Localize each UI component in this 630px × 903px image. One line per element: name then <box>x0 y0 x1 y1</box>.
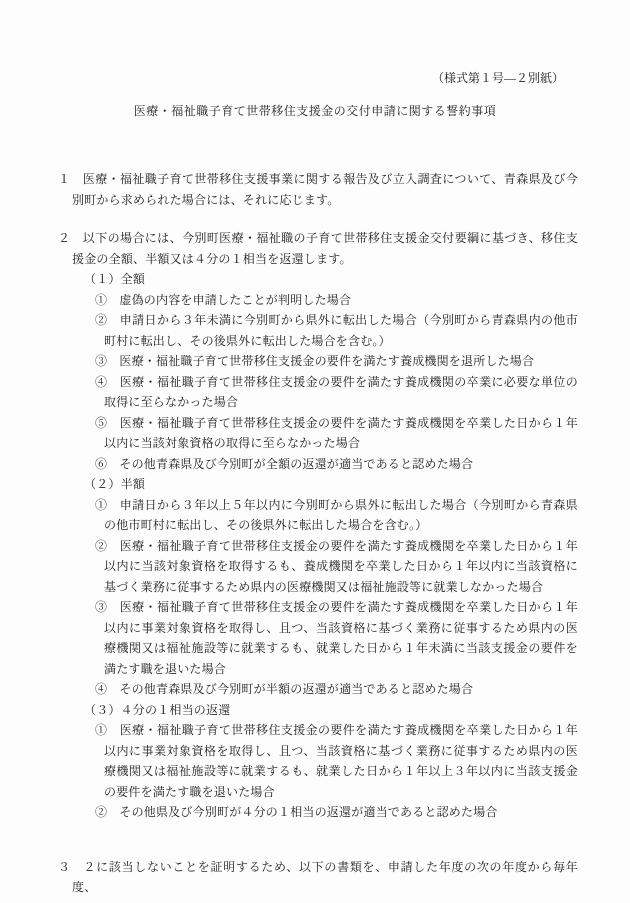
paragraph: ３ ２に該当しないことを証明するため、以下の書類を、申請した年度の次の年度から毎… <box>72 857 578 898</box>
page-title: 医療・福祉職子育て世帯移住支援金の交付申請に関する誓約事項 <box>0 101 630 121</box>
paragraph: ① 申請日から３年以上５年以内に今別町から県外に転出した場合（今別町から青森県の… <box>104 495 578 536</box>
paragraph: ① 医療・福祉職子育て世帯移住支援金の要件を満たす養成機関を卒業した日から１年以… <box>104 720 578 802</box>
paragraph: ④ 医療・福祉職子育て世帯移住支援金の要件を満たす養成機関の卒業に必要な単位の取… <box>104 372 578 413</box>
paragraph: （２）半額 <box>84 474 578 495</box>
paragraph: （３）４分の１相当の返還 <box>84 700 578 721</box>
paragraph: ④ その他青森県及び今別町が半額の返還が適当であると認めた場合 <box>104 679 578 700</box>
document-page: （様式第１号―２別紙） 医療・福祉職子育て世帯移住支援金の交付申請に関する誓約事… <box>0 0 630 903</box>
paragraph: ② 申請日から３年未満に今別町から県外に転出した場合（今別町から青森県内の他市町… <box>104 310 578 351</box>
paragraph: （１）全額 <box>84 269 578 290</box>
document-body: １ 医療・福祉職子育て世帯移住支援事業に関する報告及び立入調査について、青森県及… <box>0 169 630 898</box>
paragraph: ② その他県及び今別町が４分の１相当の返還が適当であると認めた場合 <box>104 802 578 823</box>
paragraph: ③ 医療・福祉職子育て世帯移住支援金の要件を満たす養成機関を卒業した日から１年以… <box>104 597 578 679</box>
paragraph: ２ 以下の場合には、今別町医療・福祉職の子育て世帯移住支援金交付要綱に基づき、移… <box>72 228 578 269</box>
paragraph: ② 医療・福祉職子育て世帯移住支援金の要件を満たす養成機関を卒業した日から１年以… <box>104 536 578 598</box>
form-number-label: （様式第１号―２別紙） <box>0 0 630 88</box>
paragraph: ③ 医療・福祉職子育て世帯移住支援金の要件を満たす養成機関を退所した場合 <box>104 351 578 372</box>
paragraph: １ 医療・福祉職子育て世帯移住支援事業に関する報告及び立入調査について、青森県及… <box>72 169 578 210</box>
paragraph: ⑤ 医療・福祉職子育て世帯移住支援金の要件を満たす養成機関を卒業した日から１年以… <box>104 413 578 454</box>
paragraph: ① 虚偽の内容を申請したことが判明した場合 <box>104 290 578 311</box>
paragraph: ⑥ その他青森県及び今別町が全額の返還が適当であると認めた場合 <box>104 454 578 475</box>
